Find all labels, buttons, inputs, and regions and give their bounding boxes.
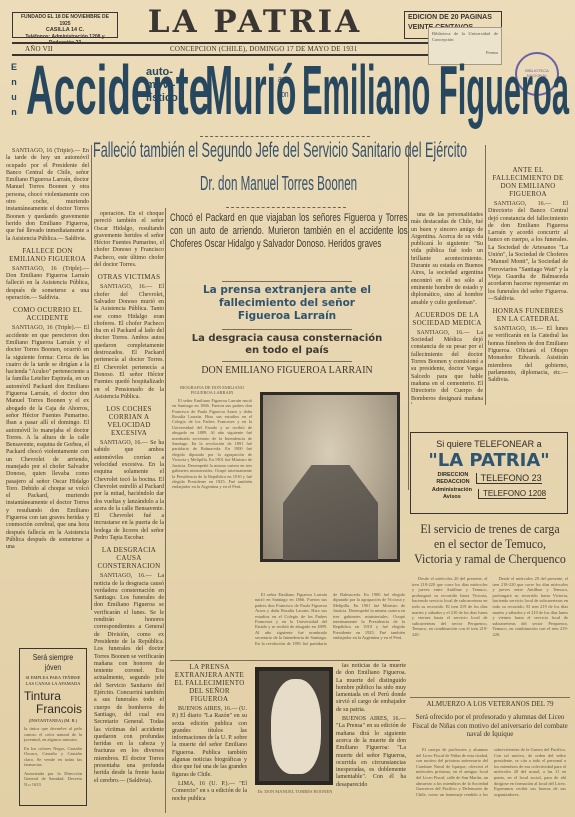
divider (170, 660, 400, 661)
ad-tagline: Será siempre jóven (28, 653, 77, 673)
suffix-line: don (278, 87, 290, 102)
headline-automovilistico: auto- movi- lístico (146, 66, 178, 105)
phone-labels: Administración Avisos (432, 487, 472, 500)
veterans-headline: ALMUERZO A LOS VETERANOS DEL 79 (410, 700, 570, 709)
article-body: SANTIAGO, 16.— El chofer del Chevrolet, … (94, 284, 164, 401)
phone-number: TELEFONO 23 (476, 473, 542, 484)
article-body: Desde el miércoles 20 del presente, el t… (412, 576, 488, 638)
biography-continued: El señor Emiliano Figueroa Larraín nació… (255, 592, 405, 647)
phone-ad-name: "LA PATRIA" (417, 450, 561, 472)
headline-ayer-don: ayer don (278, 72, 290, 102)
article-heading: LA PRENSA EXTRANJERA ANTE EL FALLECIMIEN… (172, 663, 247, 703)
masthead-rule-top (12, 42, 428, 44)
article-body: las noticias de la muerte de don Emilian… (336, 663, 406, 714)
phone-labels: DIRECCION REDACCION (436, 472, 469, 485)
article-body: SANTIAGO, 16.— El lunes se verificarán e… (488, 326, 568, 384)
veterans-deck: Será ofrecido por el profesorado y alumn… (412, 713, 568, 739)
article-heading: ANTE EL FALLECIMIENTO DE DON EMILIANO FI… (488, 166, 568, 198)
column-right: ANTE EL FALLECIMIENTO DE DON EMILIANO FI… (488, 148, 568, 406)
headline-emiliano-figueroa: Emiliano Figueroa (302, 55, 569, 125)
headline-line: fallecimiento del señor (168, 297, 406, 310)
biography: BIOGRAFIA DE DON EMILIANO FIGUEROA LARRA… (172, 385, 252, 585)
suffix-line: ayer (278, 72, 290, 87)
biography-body: El señor Emiliano Figueroa Larraín nació… (172, 398, 252, 490)
subhead-divider (226, 207, 346, 208)
portrait-figueroa (260, 392, 400, 562)
headline-line: en todo el país (168, 345, 406, 357)
article-body: El cuerpo de profesores y alumnas del Li… (416, 747, 566, 798)
headline-vertical: E n u n (9, 60, 19, 120)
article-body: SANTIAGO, 16.— El Directorio del Banco C… (488, 201, 568, 303)
column-rule (485, 145, 486, 405)
foreign-press-column: LA PRENSA EXTRANJERA ANTE EL FALLECIMIEN… (172, 663, 247, 813)
divider (410, 697, 570, 698)
consternation-headline: La desgracia causa consternación en todo… (168, 333, 406, 357)
article-heading: HONRAS FUNEBRES EN LA CATEDRAL (488, 307, 568, 323)
foreign-press-headline: La prensa extranjera ante el fallecimien… (168, 284, 406, 323)
article-heading: COMO OCURRIO EL ACCIDENTE (6, 306, 89, 322)
article-body: SANTIAGO, 16 (Triple).— Don Emiliano Fig… (6, 266, 89, 302)
portrait-torres (255, 667, 333, 785)
phone-label: Administración (432, 487, 472, 494)
article-heading: OTRAS VICTIMAS (94, 273, 164, 281)
archive-note: Biblioteca de la Universidad de Concepci… (432, 31, 498, 42)
foreign-press-right: las noticias de la muerte de don Emilian… (336, 663, 406, 813)
article-body: SANTIAGO, 16.— La noticia de la desgraci… (94, 573, 164, 785)
veterans-body: El cuerpo de profesores y alumnas del Li… (416, 747, 566, 813)
ad-body: Autorizada por la Dirección General de S… (24, 771, 82, 788)
vertical-letter: n (9, 75, 19, 90)
trains-body: Desde el miércoles 20 del presente, el t… (412, 576, 568, 688)
founded-line: FUNDADO EL 18 DE NOVIEMBRE DE 1925 (16, 14, 114, 27)
headline-line: Figueroa Larraín (168, 310, 406, 323)
article-body: una de las personalidades más destacadas… (411, 212, 483, 307)
article-heading: LA DESGRACIA CAUSA CONSTERNACION (94, 546, 164, 570)
phone-row: Administración Avisos TELEFONO 1208 (417, 487, 561, 500)
headline-line: La prensa extranjera ante el (168, 284, 406, 297)
column-rule (165, 208, 166, 813)
article-body: Desde el miércoles 20 del presente, el t… (493, 576, 569, 638)
ad-sub: (INSTANTANEA) (M. R.) (24, 718, 82, 724)
phone-ad: Si quiere TELEFONEAR a "LA PATRIA" DIREC… (410, 432, 568, 514)
phone-ad-intro: Si quiere TELEFONEAR a (417, 439, 561, 450)
portrait-figure (283, 465, 378, 560)
trains-headline: El servicio de trenes de carga en el sec… (414, 522, 566, 567)
subheadline-line1: Falleció también el Segundo Jefe del Ser… (93, 139, 467, 163)
article-lead: SANTIAGO, 16 (Triple).— En la tarde de h… (6, 148, 89, 243)
article-body: LIMA, 16 (U. P.).— "El Comercio" en s u … (172, 781, 247, 803)
phone-label: Avisos (432, 494, 472, 501)
article-body: SANTIAGO, 16.— Se ha sabido que ambos au… (94, 440, 164, 542)
article-body: BUENOS AIRES, 16.— (U. P.) El diario "La… (172, 706, 247, 779)
photo-caption: Dr. DON MANUEL TORRES BOONEN (255, 789, 335, 794)
headline-line: La desgracia causa consternación (168, 333, 406, 345)
portrait-figure (271, 679, 321, 774)
divider (222, 361, 352, 362)
biography-heading: BIOGRAFIA DE DON EMILIANO FIGUEROA LARRA… (172, 385, 252, 396)
article-heading: LOS COCHES CORRIAN A VELOCIDAD EXCESIVA (94, 405, 164, 437)
column-rule (408, 145, 409, 490)
newspaper-page: FUNDADO EL 18 DE NOVIEMBRE DE 1925 CASIL… (0, 0, 575, 817)
subheadline-line2: Dr. don Manuel Torres Boonen (200, 172, 357, 196)
tintura-ad: Será siempre jóven SI EMPLEA PARA TEÑIRS… (19, 648, 87, 806)
article-body: operación. En el choque pereció también … (94, 211, 164, 269)
ad-name-2: Francois (24, 703, 82, 716)
ad-body: la única que devuelve al pelo canoso el … (24, 726, 82, 743)
deck: Chocó el Packard en que viajaban los señ… (170, 212, 408, 251)
suffix-line: auto- (146, 66, 178, 79)
article-body: SANTIAGO, 16 (Triple).— El accidente en … (6, 325, 89, 551)
divider (222, 329, 352, 330)
edition-pages: EDICION DE 20 PAGINAS (408, 13, 498, 23)
vertical-letter: n (9, 105, 19, 120)
article-heading: ACUERDOS DE LA SOCIEDAD MEDICA (411, 311, 483, 327)
ad-line: SI EMPLEA PARA TEÑIRSE LAS CANAS LA AFAM… (24, 675, 82, 687)
biography-body: El señor Emiliano Figueroa Larraín nació… (255, 592, 405, 646)
headline-accidente: Accidente (26, 55, 210, 125)
founded-box: FUNDADO EL 18 DE NOVIEMBRE DE 1925 CASIL… (12, 12, 118, 38)
vertical-letter: E (9, 60, 19, 75)
suffix-line: lístico (146, 92, 178, 105)
phone-number: TELEFONO 1208 (478, 489, 546, 499)
masthead-title: LA PATRIA (130, 5, 380, 39)
portrait-caption-top: DON EMILIANO FIGUEROA LARRAIN (180, 363, 394, 377)
article-heading: FALLECE DON EMILIANO FIGUEROA (6, 247, 89, 263)
ad-body: En los colores Negro, Castaño Oscuro, Ca… (24, 746, 82, 768)
column-2: operación. En el choque pereció también … (94, 211, 164, 811)
divider (222, 281, 352, 282)
suffix-line: movi- (146, 79, 178, 92)
phone-label: REDACCION (436, 479, 469, 486)
vertical-letter: u (9, 90, 19, 105)
column-rule (91, 145, 92, 610)
column-mid-right: una de las personalidades más destacadas… (411, 212, 483, 404)
article-body: SANTIAGO, 16.— La Sociedad Médica dejó c… (411, 330, 483, 404)
article-body: BUENOS AIRES, 16.— "La Prensa" en su edi… (336, 716, 406, 789)
headline-divider (200, 136, 370, 137)
phone-label: DIRECCION (436, 472, 469, 479)
phone-row: DIRECCION REDACCION TELEFONO 23 (417, 472, 561, 485)
